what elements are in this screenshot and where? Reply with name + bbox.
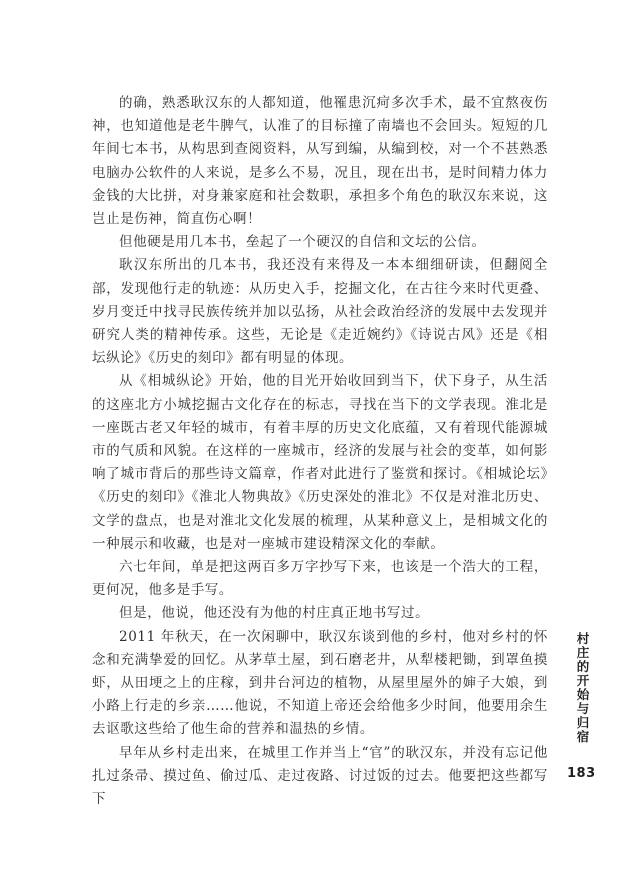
paragraph: 早年从乡村走出来，在城里工作并当上“官”的耿汉东，并没有忘记他扎过条帚、摸过鱼、… — [92, 742, 548, 812]
margin-chapter-title: 村庄的开始与归宿 — [573, 632, 591, 744]
paragraph: 从《相城纵论》开始，他的目光开始收回到当下，伏下身子，从生活的这座北方小城挖掘古… — [92, 370, 548, 556]
paragraph: 但他硬是用几本书，垒起了一个硬汉的自信和文坛的公信。 — [92, 231, 548, 254]
body-text: 的确，熟悉耿汉东的人都知道，他罹患沉疴多次手术，最不宜熬夜伤神，也知道他是老牛脾… — [92, 92, 548, 811]
book-page: 的确，熟悉耿汉东的人都知道，他罹患沉疴多次手术，最不宜熬夜伤神，也知道他是老牛脾… — [0, 0, 634, 891]
paragraph: 耿汉东所出的几本书，我还没有来得及一本本细细研读，但翻阅全部，发现他行走的轨迹：… — [92, 254, 548, 370]
paragraph: 的确，熟悉耿汉东的人都知道，他罹患沉疴多次手术，最不宜熬夜伤神，也知道他是老牛脾… — [92, 92, 548, 231]
paragraph: 六七年间，单是把这两百多万字抄写下来，也该是一个浩大的工程，更何况，他多是手写。 — [92, 556, 548, 602]
paragraph: 但是，他说，他还没有为他的村庄真正地书写过。 — [92, 602, 548, 625]
page-number: 183 — [567, 766, 596, 781]
paragraph: 2011 年秋天，在一次闲聊中，耿汉东谈到他的乡村，他对乡村的怀念和充满挚爱的回… — [92, 626, 548, 742]
